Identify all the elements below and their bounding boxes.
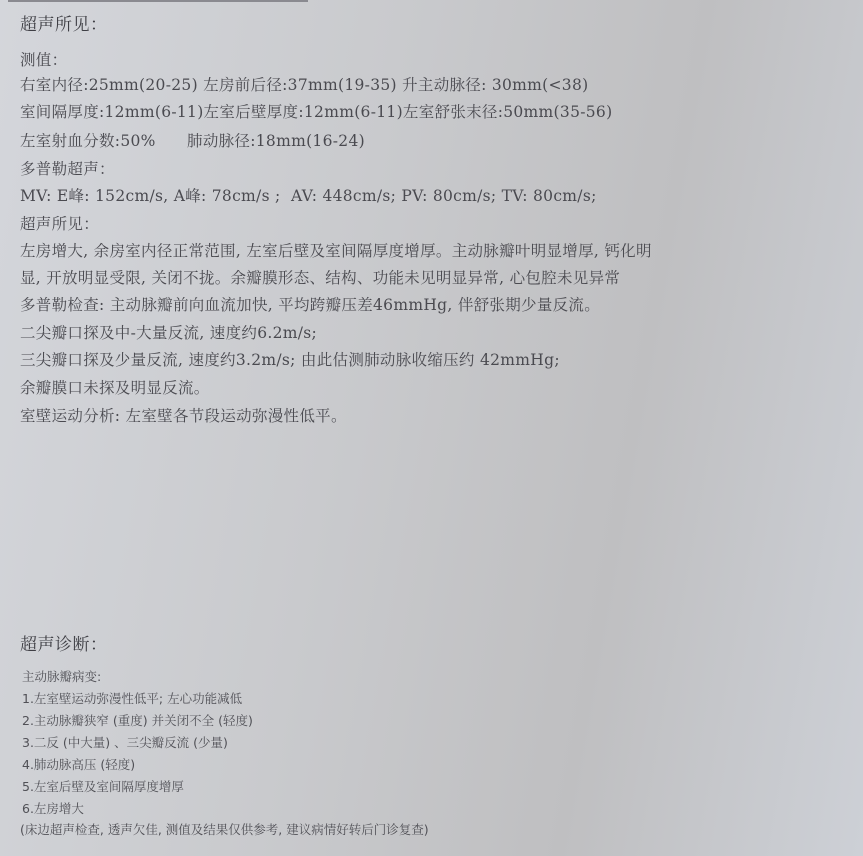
diagnosis-item-4: 4.肺动脉高压 (轻度)	[22, 755, 135, 773]
measurement-row-3: 左室射血分数:50% 肺动脉径:18mm(16-24)	[20, 129, 365, 151]
description-line-5: 三尖瓣口探及少量反流, 速度约3.2m/s; 由此估测肺动脉收缩压约 42mmH…	[20, 348, 560, 370]
diagnosis-item-1: 1.左室壁运动弥漫性低平; 左心功能减低	[22, 689, 242, 707]
diagnosis-item-5: 5.左室后壁及室间隔厚度增厚	[22, 777, 184, 795]
top-divider	[8, 0, 308, 2]
description-line-3: 多普勒检查: 主动脉瓣前向血流加快, 平均跨瓣压差46mmHg, 伴舒张期少量反…	[20, 293, 600, 315]
findings-title: 超声所见：	[20, 10, 108, 35]
measurement-row-2: 室间隔厚度:12mm(6-11)左室后壁厚度:12mm(6-11)左室舒张末径:…	[20, 100, 612, 122]
diagnosis-note: (床边超声检查, 透声欠佳, 测值及结果仅供参考, 建议病情好转后门诊复查)	[20, 820, 429, 838]
diagnosis-item-3: 3.二反 (中大量) 、三尖瓣反流 (少量)	[22, 733, 228, 751]
doppler-values: MV: E峰: 152cm/s, A峰: 78cm/s ; AV: 448cm/…	[20, 184, 597, 206]
description-line-2: 显, 开放明显受限, 关闭不拢。余瓣膜形态、结构、功能未见明显异常, 心包腔未见…	[20, 266, 620, 288]
diagnosis-item-6: 6.左房增大	[22, 799, 84, 817]
description-line-1: 左房增大, 余房室内径正常范围, 左室后壁及室间隔厚度增厚。主动脉瓣叶明显增厚,…	[20, 239, 652, 261]
diagnosis-title: 超声诊断：	[20, 630, 108, 655]
measurements-label: 测值：	[20, 48, 67, 70]
diagnosis-subtitle: 主动脉瓣病变:	[22, 667, 101, 685]
measurement-row-1: 右室内径:25mm(20-25) 左房前后径:37mm(19-35) 升主动脉径…	[20, 73, 588, 95]
diagnosis-item-2: 2.主动脉瓣狭窄 (重度) 并关闭不全 (轻度)	[22, 711, 253, 729]
doppler-label: 多普勒超声：	[20, 157, 115, 179]
description-line-7: 室壁运动分析: 左室壁各节段运动弥漫性低平。	[20, 404, 347, 426]
description-line-6: 余瓣膜口未探及明显反流。	[20, 376, 210, 398]
description-label: 超声所见：	[20, 212, 99, 234]
description-line-4: 二尖瓣口探及中-大量反流, 速度约6.2m/s;	[20, 321, 317, 343]
